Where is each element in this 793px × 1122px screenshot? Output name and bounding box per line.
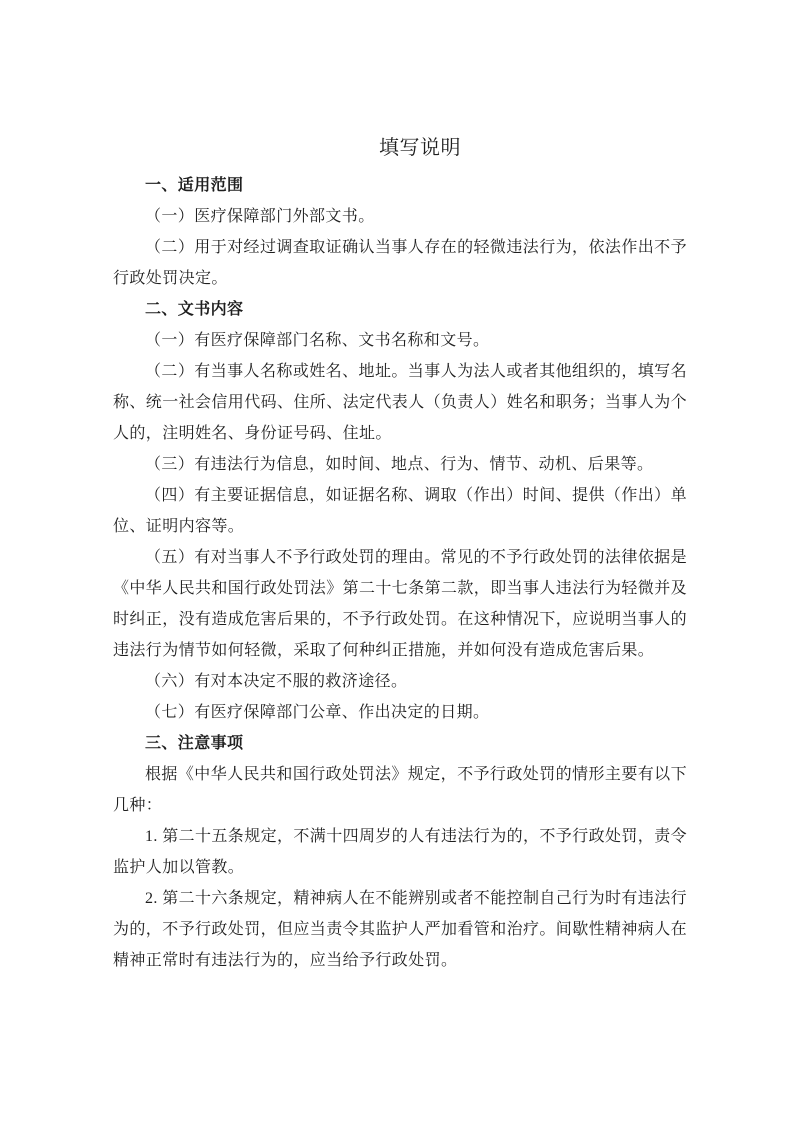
section-heading: 二、文书内容 <box>113 294 687 325</box>
document-title: 填写说明 <box>113 133 687 164</box>
section-heading: 一、适用范围 <box>113 170 687 201</box>
document-body: 一、适用范围（一）医疗保障部门外部文书。（二）用于对经过调查取证确认当事人存在的… <box>113 170 687 976</box>
paragraph: 2. 第二十六条规定，精神病人在不能辨别或者不能控制自己行为时有违法行为的，不予… <box>113 883 687 976</box>
paragraph: 根据《中华人民共和国行政处罚法》规定，不予行政处罚的情形主要有以下几种： <box>113 759 687 821</box>
paragraph: （四）有主要证据信息，如证据名称、调取（作出）时间、提供（作出）单位、证明内容等… <box>113 480 687 542</box>
paragraph: （七）有医疗保障部门公章、作出决定的日期。 <box>113 697 687 728</box>
paragraph: （六）有对本决定不服的救济途径。 <box>113 666 687 697</box>
paragraph: （二）有当事人名称或姓名、地址。当事人为法人或者其他组织的，填写名称、统一社会信… <box>113 356 687 449</box>
paragraph: （二）用于对经过调查取证确认当事人存在的轻微违法行为，依法作出不予行政处罚决定。 <box>113 232 687 294</box>
document-section: 一、适用范围（一）医疗保障部门外部文书。（二）用于对经过调查取证确认当事人存在的… <box>113 170 687 294</box>
paragraph: （三）有违法行为信息，如时间、地点、行为、情节、动机、后果等。 <box>113 449 687 480</box>
paragraph: （五）有对当事人不予行政处罚的理由。常见的不予行政处罚的法律依据是《中华人民共和… <box>113 542 687 666</box>
paragraph: 1. 第二十五条规定，不满十四周岁的人有违法行为的，不予行政处罚，责令监护人加以… <box>113 821 687 883</box>
paragraph: （一）有医疗保障部门名称、文书名称和文号。 <box>113 325 687 356</box>
paragraph: （一）医疗保障部门外部文书。 <box>113 201 687 232</box>
section-heading: 三、注意事项 <box>113 728 687 759</box>
document-page: 填写说明 一、适用范围（一）医疗保障部门外部文书。（二）用于对经过调查取证确认当… <box>0 0 793 1122</box>
document-section: 二、文书内容（一）有医疗保障部门名称、文书名称和文号。（二）有当事人名称或姓名、… <box>113 294 687 728</box>
document-section: 三、注意事项根据《中华人民共和国行政处罚法》规定，不予行政处罚的情形主要有以下几… <box>113 728 687 976</box>
